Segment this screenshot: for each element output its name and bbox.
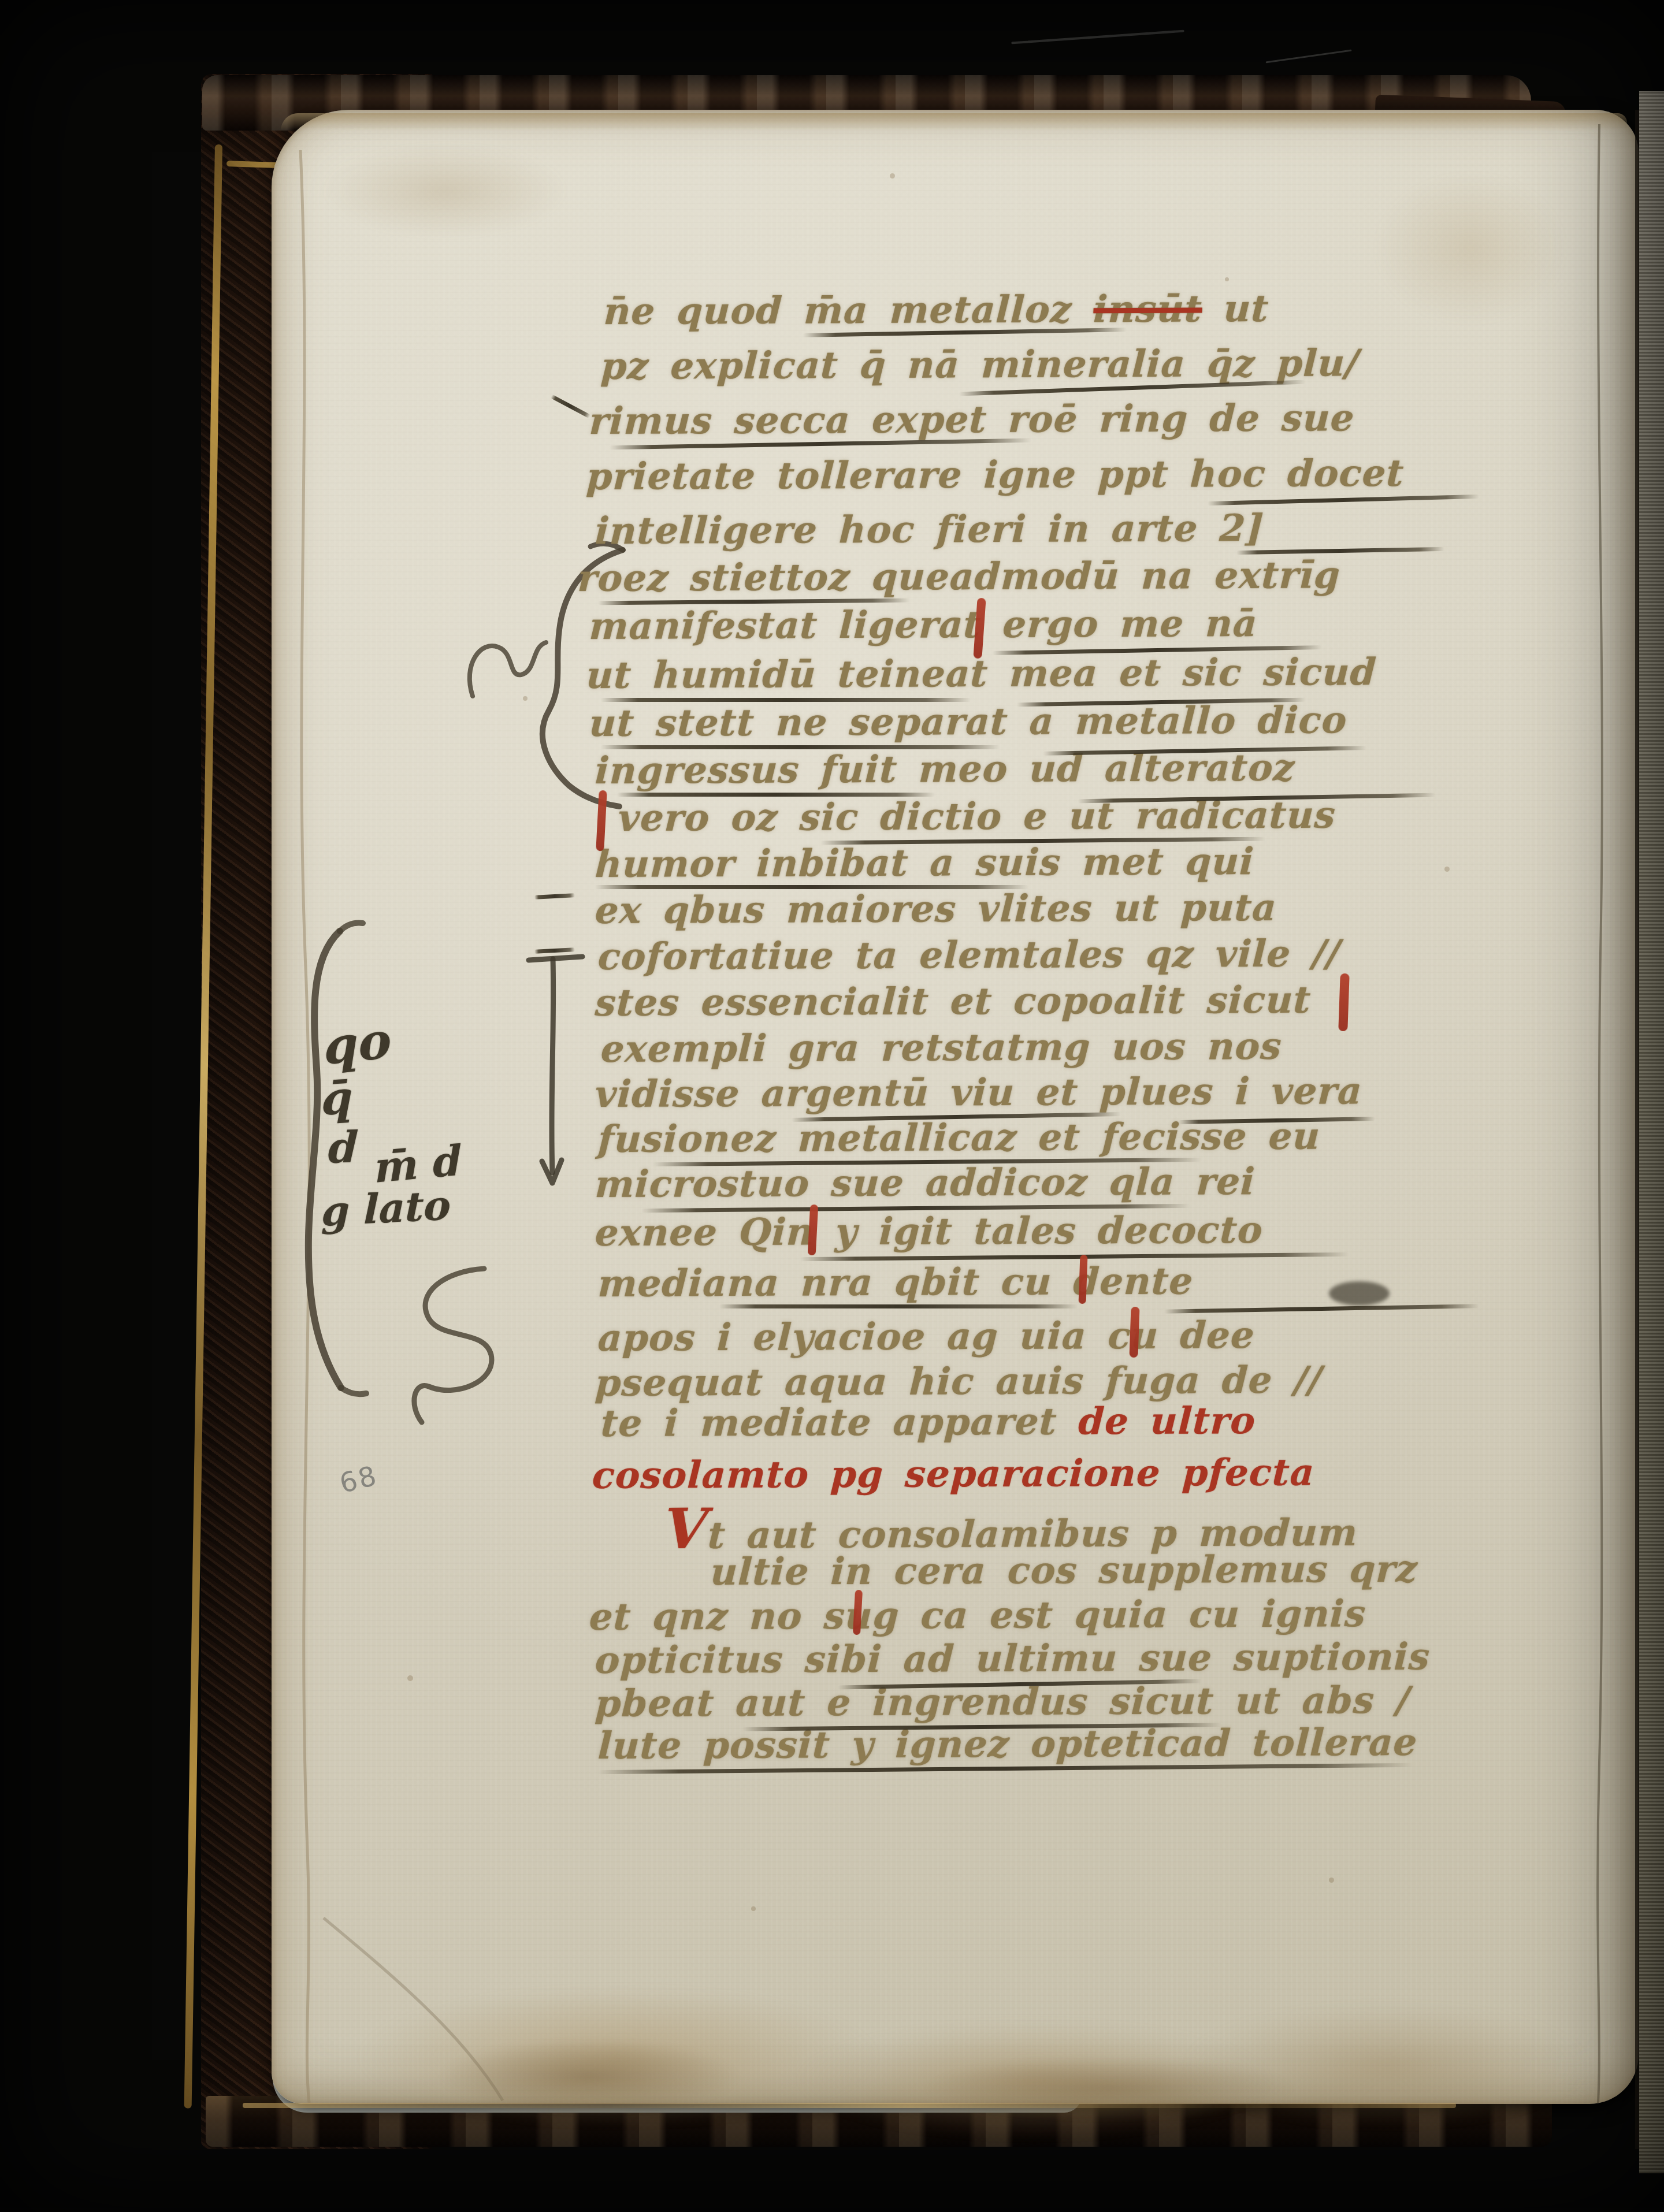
manuscript-text-line: vidisse argentū viu et plues i vera — [594, 1068, 1364, 1118]
gold-glint-bottom — [243, 2103, 1456, 2108]
text-segment-ink: apos i elyacioe ag uia cu dee — [597, 1314, 1256, 1360]
text-segment-ink: ultie in cera cos supplemus qrz — [710, 1548, 1418, 1594]
page-top-deckle-edge — [281, 113, 1627, 131]
manuscript-text-line: ut humidū teineat mea et sic sicud — [585, 649, 1377, 699]
text-segment-ink: microstuo sue addicoz qla rei — [594, 1160, 1256, 1206]
manuscript-text-line: et qnz no sug ca est quia cu ignis — [588, 1591, 1367, 1641]
margin-note: q̄ — [321, 1071, 352, 1126]
text-segment-ink: intelligere hoc fieri in arte 2] — [594, 507, 1265, 553]
text-segment-ink: ut humidū teineat mea et sic sicud — [585, 650, 1377, 697]
red-paragraph-mark — [1129, 1307, 1139, 1358]
text-segment-ink: ingressus fuit meo ud alteratoz — [594, 746, 1296, 793]
manuscript-text-line: prietate tollerare igne ppt hoc docet — [585, 451, 1405, 500]
manuscript-text-line: rimus secca expet roē ring de sue — [588, 395, 1355, 445]
page-edge-gap — [1635, 110, 1639, 2149]
text-segment-ink: vidisse argentū viu et plues i vera — [594, 1069, 1363, 1116]
text-segment-ink: roez stiettoz queadmodū na extrīg — [577, 553, 1341, 600]
text-segment-ink: mediana nra qbit cu dente — [597, 1260, 1194, 1306]
text-segment-ink: opticitus sibi ad ultimu sue suptionis — [594, 1635, 1431, 1682]
text-segment-strike: insūt — [1093, 287, 1204, 331]
manuscript-text-line: ex qbus maiores vlites ut puta — [594, 885, 1278, 934]
text-segment-red: cosolamto pg separacione pfecta — [591, 1451, 1316, 1497]
manuscript-text-line: apos i elyacioe ag uia cu dee — [597, 1313, 1256, 1362]
margin-note: g lato — [321, 1181, 451, 1236]
manuscript-text-line: ut stett ne separat a metallo dico — [588, 697, 1348, 747]
text-segment-ink: ex qbus maiores vlites ut puta — [594, 886, 1277, 932]
manuscript-text-line: mediana nra qbit cu dente — [597, 1259, 1194, 1307]
text-segment-ink: exempli gra retstatmg uos nos — [600, 1025, 1283, 1071]
manuscript-text-line: te i mediate apparet de ultro — [600, 1398, 1257, 1447]
text-segment-red: de ultro — [1078, 1399, 1257, 1443]
ink-underline-stroke — [595, 885, 1028, 889]
manuscript-text-line: manifestat ligerat ergo me nā — [588, 601, 1258, 650]
margin-note: d — [328, 1122, 359, 1173]
text-segment-ink: prietate tollerare igne ppt hoc docet — [585, 452, 1405, 499]
manuscript-text-line: cofortatiue ta elemtales qz vile // — [597, 931, 1342, 980]
text-segment-ink: manifestat ligerat ergo me nā — [588, 602, 1258, 648]
manuscript-text-line: roez stiettoz queadmodū na extrīg — [577, 552, 1342, 602]
manuscript-text-line: ultie in cera cos supplemus qrz — [710, 1546, 1419, 1596]
text-segment-ink: te i mediate apparet — [600, 1400, 1079, 1445]
ink-underline-stroke — [719, 1304, 1078, 1308]
text-segment-ink: pz explicat q̄ nā mineralia q̄z plu/ — [600, 341, 1360, 388]
ink-smudge — [1329, 1281, 1390, 1306]
margin-note: qo — [323, 1011, 392, 1076]
manuscript-text-line: n̄e quod m̄a metalloz insūt ut — [603, 286, 1270, 335]
text-block-fore-edge — [1639, 91, 1664, 2173]
manuscript-text-line: humor inbibat a suis met qui — [594, 839, 1255, 888]
manuscript-text-line: exnee Qin y igit tales decocto — [594, 1207, 1264, 1256]
text-segment-ink: n̄e quod m̄a metalloz — [603, 288, 1094, 333]
text-segment-ink: et qnz no sug ca est quia cu ignis — [588, 1592, 1367, 1639]
text-segment-ink: cofortatiue ta elemtales qz vile // — [597, 932, 1342, 979]
text-segment-ink: humor inbibat a suis met qui — [594, 840, 1255, 886]
manuscript-text-line: microstuo sue addicoz qla rei — [594, 1159, 1256, 1208]
manuscript-text-line: stes essencialit et copoalit sicut — [594, 977, 1312, 1027]
text-segment-red-initial: V — [663, 1496, 710, 1562]
manuscript-text-line: cosolamto pg separacione pfecta — [591, 1450, 1316, 1499]
manuscript-text-line: intelligere hoc fieri in arte 2] — [594, 505, 1265, 555]
manuscript-photo: 68 n̄e quod m̄a metalloz insūt utpz expl… — [0, 0, 1664, 2212]
text-segment-ink: ut stett ne separat a metallo dico — [588, 698, 1348, 745]
text-segment-ink: exnee Qin y igit tales decocto — [594, 1209, 1264, 1255]
backdrop-scratch — [1011, 30, 1184, 44]
text-segment-ink: rimus secca expet roē ring de sue — [588, 396, 1355, 443]
ink-underline-stroke — [601, 745, 1000, 749]
text-segment-ink: stes essencialit et copoalit sicut — [594, 979, 1312, 1025]
text-segment-ink: ut — [1201, 287, 1270, 331]
backdrop-scratch — [1266, 50, 1352, 64]
manuscript-text-line: opticitus sibi ad ultimu sue suptionis — [594, 1634, 1431, 1684]
ink-underline-stroke — [601, 698, 971, 702]
ink-underline-stroke — [617, 793, 935, 797]
manuscript-text-line: exempli gra retstatmg uos nos — [600, 1024, 1283, 1073]
